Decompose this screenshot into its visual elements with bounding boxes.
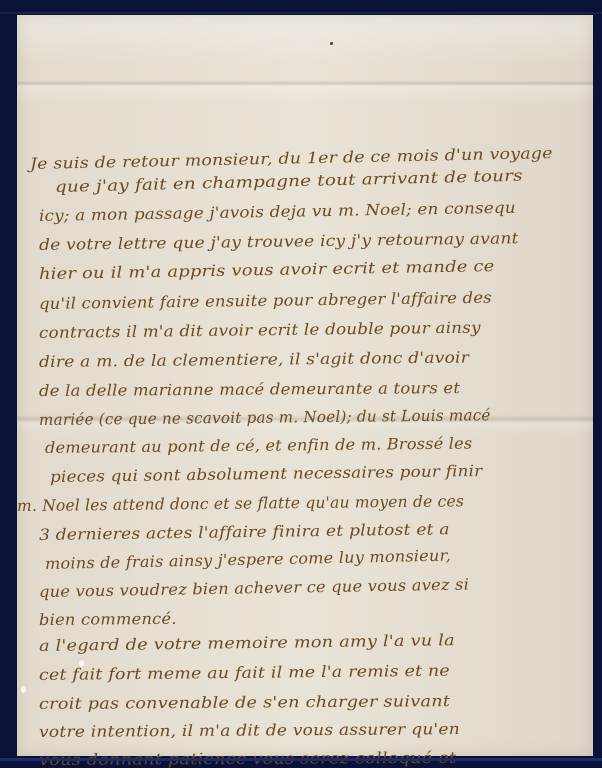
handwritten-line: contracts il m'a dit avoir ecrit le doub… bbox=[39, 319, 481, 342]
handwritten-line: votre intention, il m'a dit de vous assu… bbox=[39, 720, 460, 741]
scanner-background-edge bbox=[0, 12, 602, 14]
handwritten-line: de votre lettre que j'ay trouvee icy j'y… bbox=[39, 229, 519, 254]
handwritten-line: m. Noel les attend donc et se flatte qu'… bbox=[17, 492, 464, 515]
handwritten-line: cet fait fort meme au fait il me l'a rem… bbox=[39, 662, 450, 684]
handwritten-line: hier ou il m'a appris vous avoir ecrit e… bbox=[39, 257, 495, 283]
handwritten-line: 3 dernieres actes l'affaire finira et pl… bbox=[39, 520, 450, 544]
handwritten-line: que vous voudrez bien achever ce que vou… bbox=[39, 575, 469, 601]
handwritten-line: de la delle marianne macé demeurante a t… bbox=[39, 379, 460, 400]
paper-damage-spot bbox=[79, 660, 84, 667]
handwritten-line: qu'il convient faire ensuite pour abrege… bbox=[39, 289, 492, 313]
handwritten-line: moins de frais ainsy j'espere come luy m… bbox=[45, 546, 451, 573]
handwritten-line: demeurant au pont de cé, et enfin de m. … bbox=[45, 435, 473, 457]
handwritten-line: bien commencé. bbox=[39, 610, 177, 629]
handwritten-line: pieces qui sont absolument necessaires p… bbox=[50, 462, 483, 486]
ink-spot bbox=[330, 42, 333, 45]
handwritten-line: a l'egard de votre memoire mon amy l'a v… bbox=[39, 631, 455, 655]
handwritten-text-block: Je suis de retour monsieur, du 1er de ce… bbox=[17, 15, 593, 756]
paper-damage-spot bbox=[21, 686, 26, 693]
handwritten-line: mariée (ce que ne scavoit pas m. Noel); … bbox=[39, 406, 491, 429]
manuscript-page: Je suis de retour monsieur, du 1er de ce… bbox=[17, 15, 593, 756]
handwritten-line: icy; a mon passage j'avois deja vu m. No… bbox=[39, 199, 516, 225]
handwritten-line: dire a m. de la clementiere, il s'agit d… bbox=[39, 348, 469, 371]
handwritten-line: croit pas convenable de s'en charger sui… bbox=[39, 692, 450, 713]
scanner-background-edge bbox=[0, 758, 602, 761]
